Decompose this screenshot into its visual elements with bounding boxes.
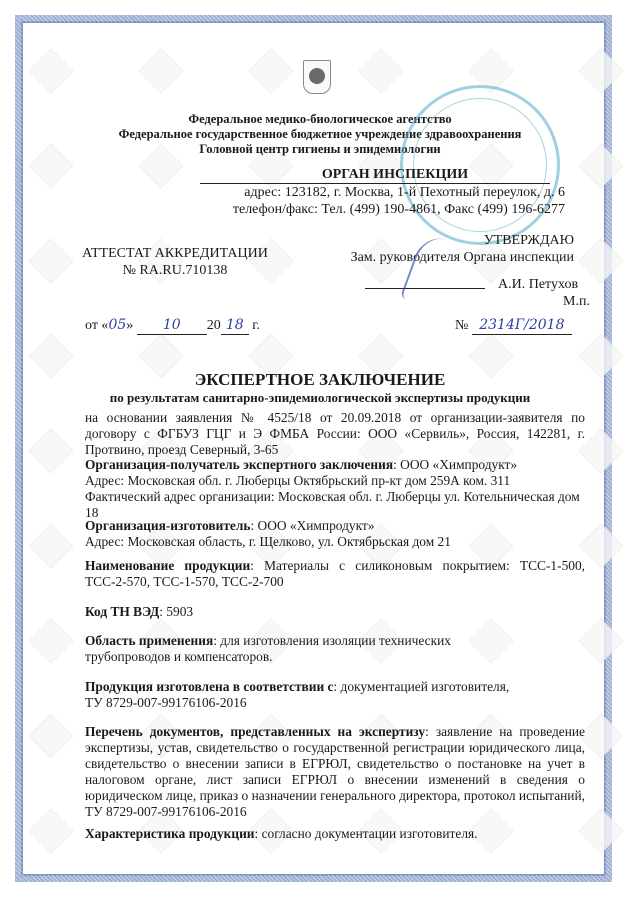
approve-label: УТВЕРЖДАЮ bbox=[484, 232, 574, 249]
coat-of-arms-icon bbox=[303, 60, 331, 94]
product-section: Наименование продукции: Материалы с сили… bbox=[85, 558, 585, 590]
tnved-section: Код ТН ВЭД: 5903 bbox=[85, 604, 585, 620]
date-year: 18 bbox=[221, 317, 249, 335]
documents-section: Перечень документов, представленных на э… bbox=[85, 724, 585, 820]
characteristics-section: Характеристика продукции: согласно докум… bbox=[85, 826, 585, 842]
accreditation-title: АТТЕСТАТ АККРЕДИТАЦИИ bbox=[75, 245, 275, 262]
inspection-phone: телефон/факс: Тел. (499) 190-4861, Факс … bbox=[185, 201, 565, 218]
recipient-section: Организация-получатель экспертного заклю… bbox=[85, 457, 585, 521]
date-month: 10 bbox=[137, 317, 207, 335]
document-number: № 2314Г/2018 bbox=[455, 317, 572, 335]
document-subtitle: по результатам санитарно-эпидемиологичес… bbox=[60, 390, 580, 406]
date-day: 05 bbox=[108, 317, 126, 333]
issue-date: от «05» 102018 г. bbox=[85, 317, 260, 335]
seal-place: М.п. bbox=[563, 293, 590, 310]
inspection-address: адрес: 123182, г. Москва, 1-й Пехотный п… bbox=[185, 184, 565, 201]
inspection-body-title: ОРГАН ИНСПЕКЦИИ bbox=[200, 167, 550, 184]
document-title: ЭКСПЕРТНОЕ ЗАКЛЮЧЕНИЕ bbox=[60, 370, 580, 390]
approver-name: А.И. Петухов bbox=[498, 276, 578, 293]
compliance-section: Продукция изготовлена в соответствии с: … bbox=[85, 679, 585, 711]
official-stamp bbox=[400, 85, 560, 245]
document-number-value: 2314Г/2018 bbox=[472, 317, 572, 335]
application-section: Область применения: для изготовления изо… bbox=[85, 633, 525, 665]
accreditation-number: № RA.RU.710138 bbox=[75, 262, 275, 279]
basis-paragraph: на основании заявления № 4525/18 от 20.0… bbox=[85, 410, 585, 458]
manufacturer-section: Организация-изготовитель: ООО «Химпродук… bbox=[85, 518, 585, 550]
